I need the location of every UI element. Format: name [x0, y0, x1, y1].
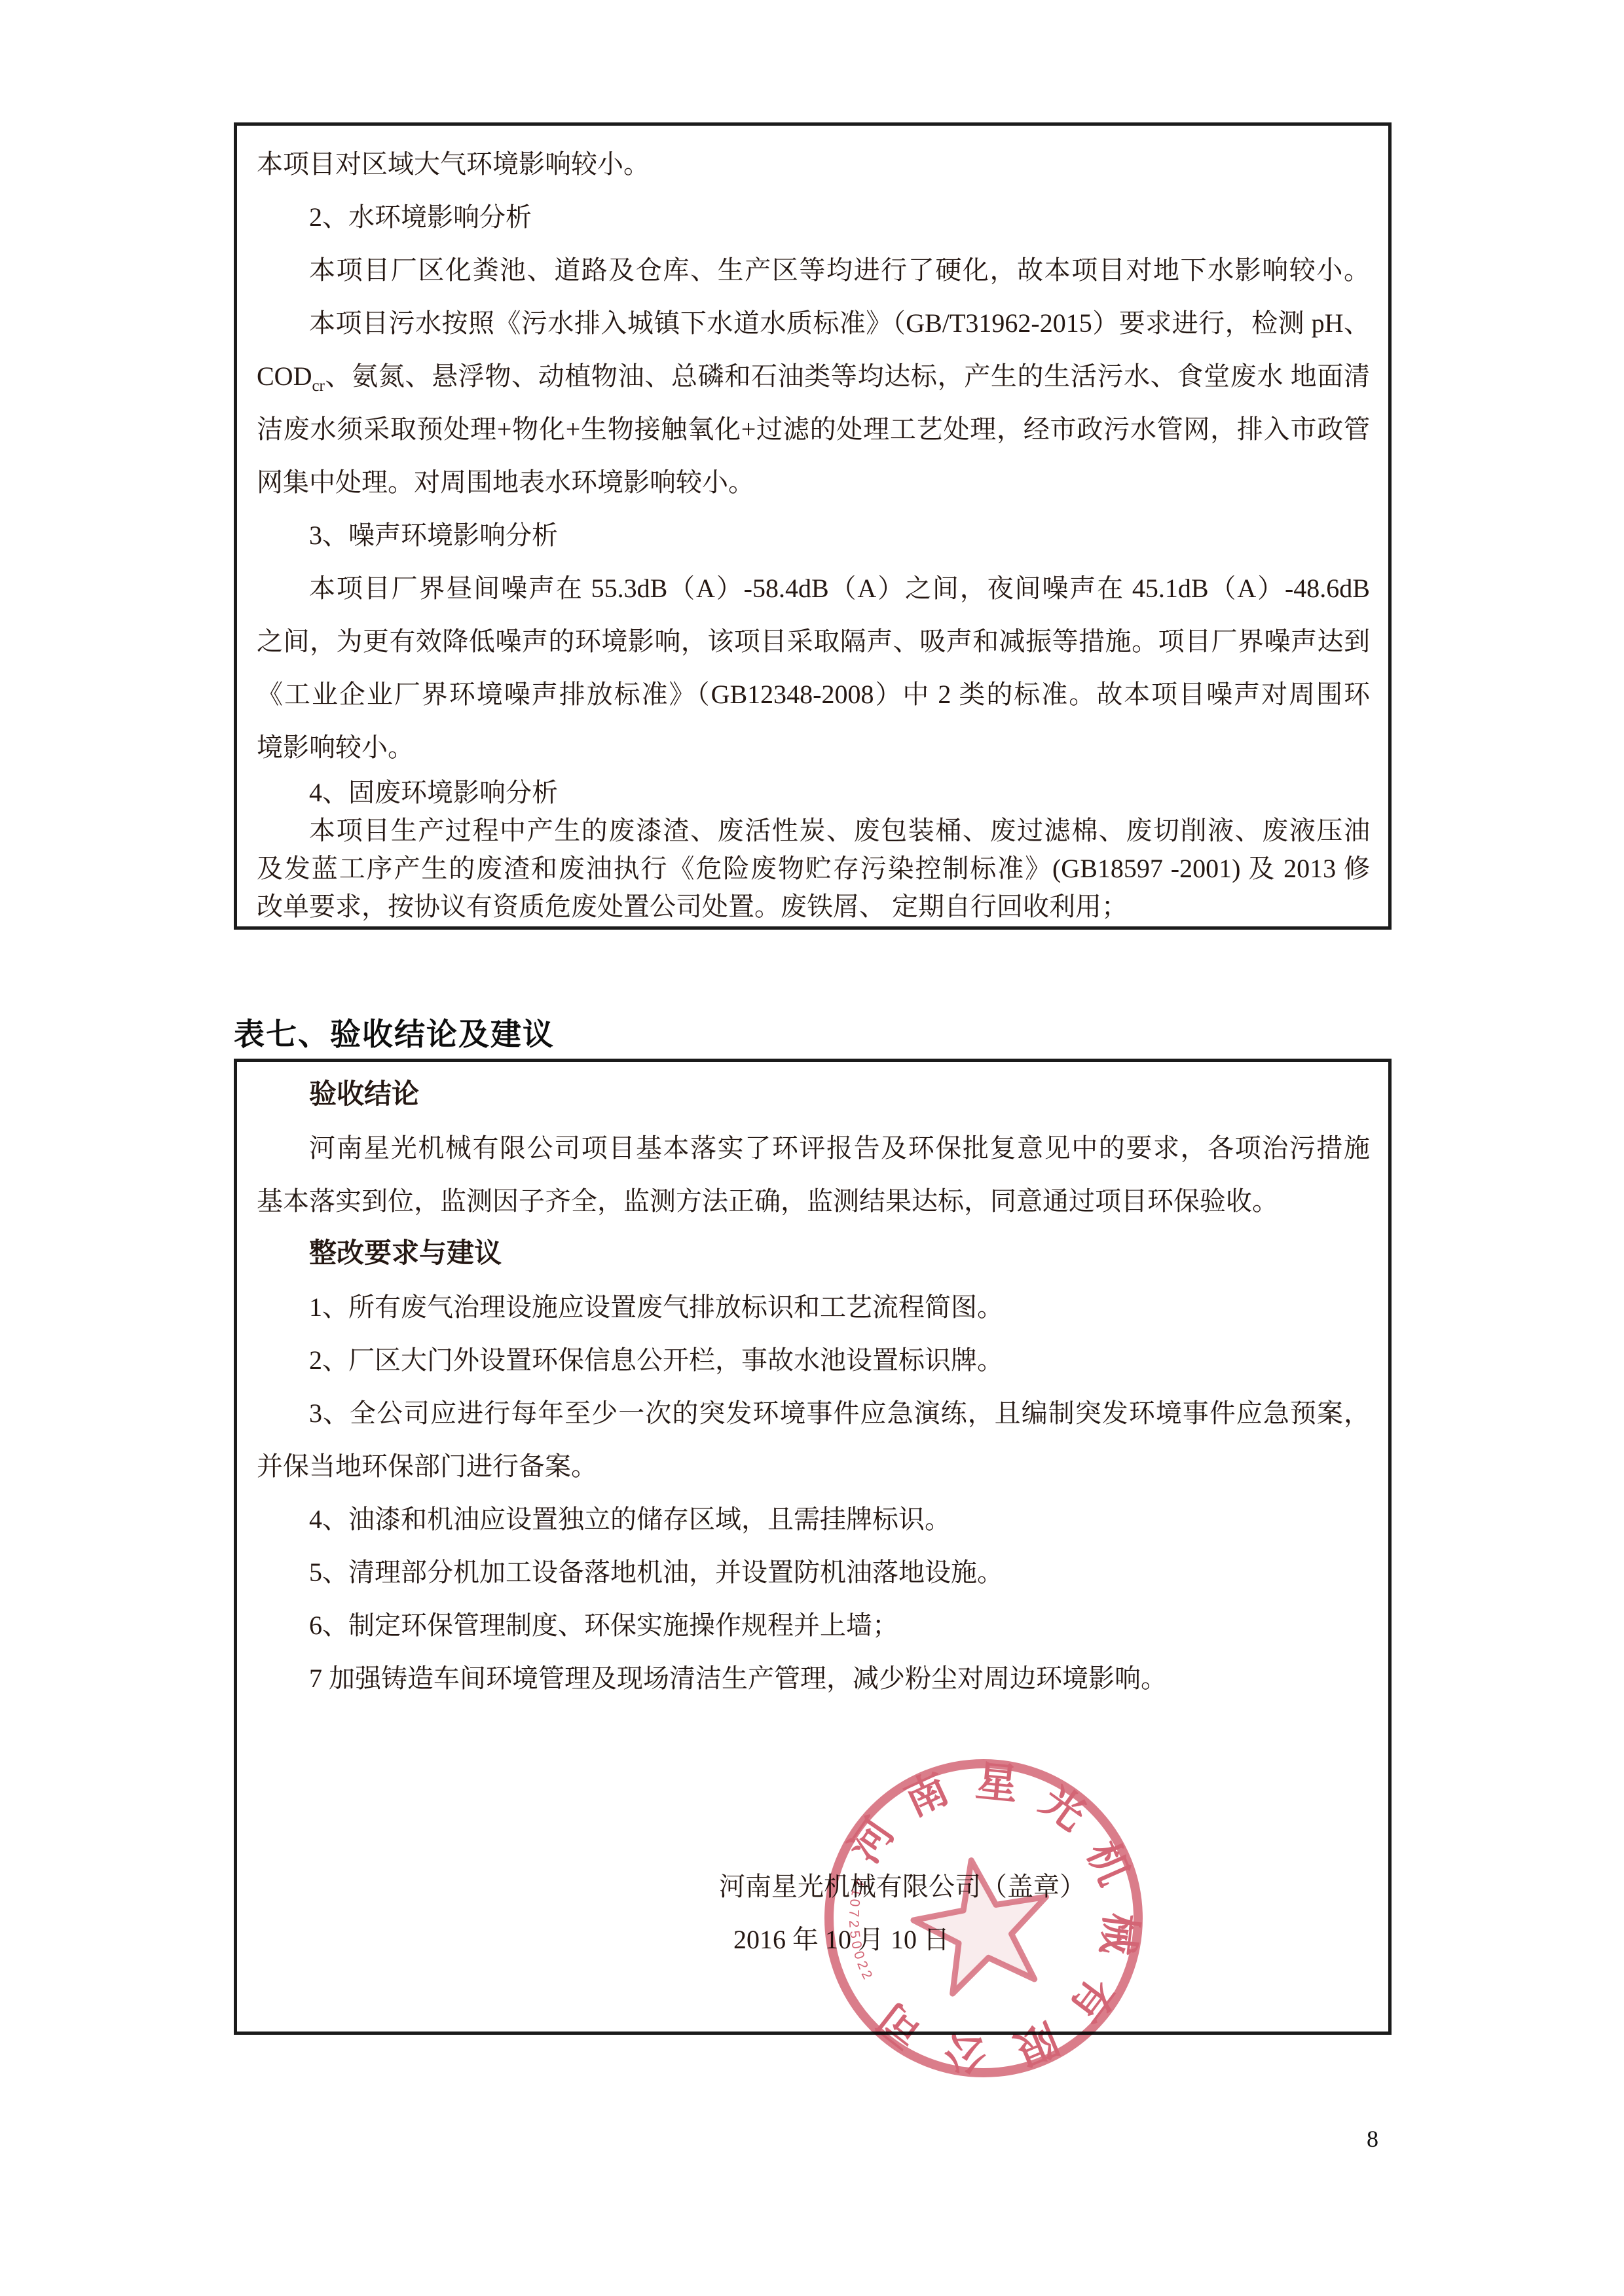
paragraph-line: 本项目厂区化粪池、道路及仓库、生产区等均进行了硬化，故本项目对地下水影响较小。 — [257, 244, 1370, 297]
page-number: 8 — [1346, 2121, 1399, 2157]
paragraph-line: 境影响较小。 — [257, 721, 1370, 774]
signature-date: 2016 年 10 月 10 日 — [257, 1913, 1370, 1966]
suggestion-item: 并保当地环保部门进行备案。 — [257, 1440, 1370, 1493]
paragraph-line: 本项目厂界昼间噪声在 55.3dB（A）-58.4dB（A）之间，夜间噪声在 4… — [257, 562, 1370, 615]
cod-subscript: cr — [312, 377, 324, 395]
paragraph-line-cod: CODcr、氨氮、悬浮物、动植物油、总磷和石油类等均达标，产生的生活污水、食堂废… — [257, 350, 1370, 403]
signature-company: 河南星光机械有限公司（盖章） — [257, 1860, 1370, 1913]
suggestion-item: 5、清理部分机加工设备落地机油，并设置防机油落地设施。 — [257, 1546, 1370, 1599]
document-page: 本项目对区域大气环境影响较小。 2、水环境影响分析 本项目厂区化粪池、道路及仓库… — [0, 0, 1624, 2296]
paragraph-line: 之间，为更有效降低噪声的环境影响，该项目采取隔声、吸声和减振等措施。项目厂界噪声… — [257, 615, 1370, 668]
paragraph-line: 网集中处理。对周围地表水环境影响较小。 — [257, 456, 1370, 509]
suggestion-item: 6、制定环保管理制度、环保实施操作规程并上墙； — [257, 1599, 1370, 1652]
section-heading: 表七、验收结论及建议 — [234, 1016, 555, 1053]
paragraph-line: 改单要求，按协议有资质危废处置公司处置。废铁屑、 定期自行回收利用； — [257, 888, 1370, 926]
paragraph-line: 《工业企业厂界环境噪声排放标准》（GB12348-2008）中 2 类的标准。故… — [257, 668, 1370, 721]
paragraph-line: 本项目污水按照《污水排入城镇下水道水质标准》（GB/T31962-2015）要求… — [257, 297, 1370, 350]
impact-analysis-box: 本项目对区域大气环境影响较小。 2、水环境影响分析 本项目厂区化粪池、道路及仓库… — [234, 122, 1392, 930]
paragraph-line: 洁废水须采取预处理+物化+生物接触氧化+过滤的处理工艺处理，经市政污水管网，排入… — [257, 403, 1370, 456]
suggestion-item: 2、厂区大门外设置环保信息公开栏，事故水池设置标识牌。 — [257, 1334, 1370, 1387]
conclusion-line: 河南星光机械有限公司项目基本落实了环评报告及环保批复意见中的要求，各项治污措施 — [257, 1121, 1370, 1175]
suggestion-item: 3、全公司应进行每年至少一次的突发环境事件应急演练，且编制突发环境事件应急预案， — [257, 1387, 1370, 1440]
paragraph-line: 3、噪声环境影响分析 — [257, 509, 1370, 562]
suggestion-heading: 整改要求与建议 — [257, 1228, 1370, 1281]
conclusion-box: 验收结论 河南星光机械有限公司项目基本落实了环评报告及环保批复意见中的要求，各项… — [234, 1059, 1392, 2035]
cod-rest: 、氨氮、悬浮物、动植物油、总磷和石油类等均达标，产生的生活污水、食堂废水 地面清 — [325, 361, 1370, 391]
cod-prefix: COD — [257, 361, 312, 391]
conclusion-heading: 验收结论 — [257, 1068, 1370, 1121]
paragraph-line: 4、固废环境影响分析 — [257, 774, 1370, 812]
suggestion-item: 7 加强铸造车间环境管理及现场清洁生产管理，减少粉尘对周边环境影响。 — [257, 1652, 1370, 1705]
paragraph-line: 本项目生产过程中产生的废漆渣、废活性炭、废包装桶、废过滤棉、废切削液、废液压油 — [257, 812, 1370, 850]
conclusion-line: 基本落实到位，监测因子齐全，监测方法正确，监测结果达标，同意通过项目环保验收。 — [257, 1175, 1370, 1228]
paragraph-line: 及发蓝工序产生的废渣和废油执行《危险废物贮存污染控制标准》(GB18597 -2… — [257, 850, 1370, 888]
suggestion-item: 4、油漆和机油应设置独立的储存区域，且需挂牌标识。 — [257, 1493, 1370, 1546]
suggestion-item: 1、所有废气治理设施应设置废气排放标识和工艺流程简图。 — [257, 1281, 1370, 1334]
paragraph-line: 本项目对区域大气环境影响较小。 — [257, 137, 1370, 191]
paragraph-line: 2、水环境影响分析 — [257, 191, 1370, 244]
